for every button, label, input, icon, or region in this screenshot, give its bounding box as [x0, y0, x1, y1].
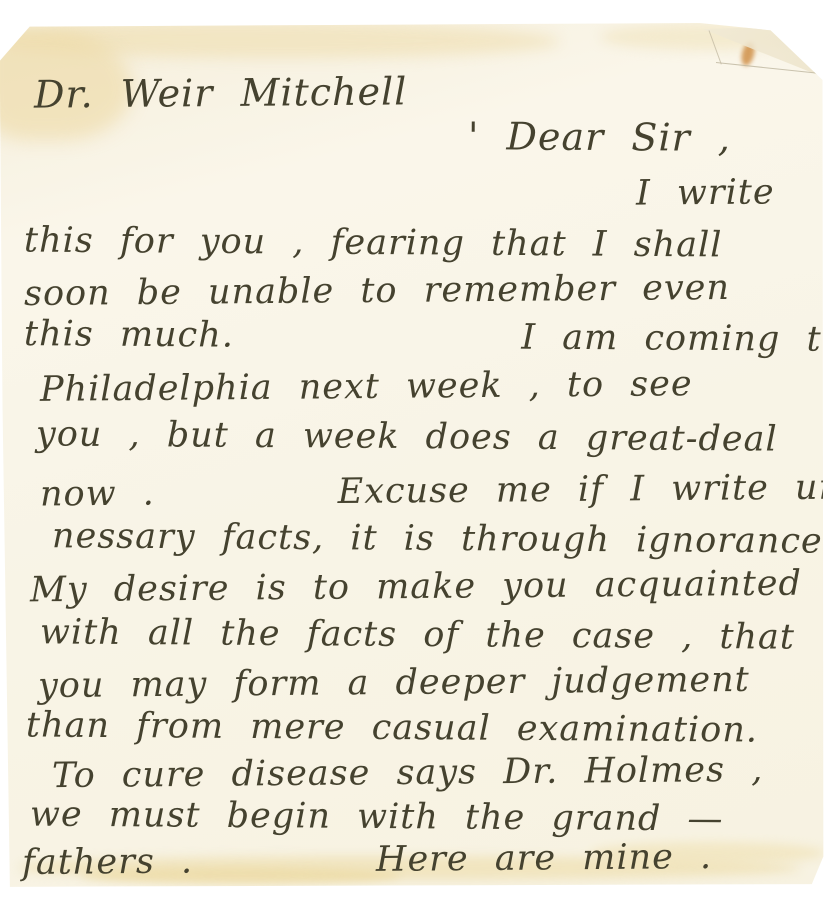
letter-line: I write — [636, 175, 775, 211]
letter-paper: Dr. Weir Mitchell ' Dear Sir , I write t… — [0, 0, 825, 919]
letter-line: nessary facts, it is through ignorance. — [52, 519, 825, 559]
letter-line: we must begin with the grand — — [30, 798, 724, 838]
letter-line: To cure disease says Dr. Holmes , — [52, 753, 764, 794]
letter-line: this for you , fearing that I shall — [24, 224, 723, 264]
letter-line-recipient: Dr. Weir Mitchell — [34, 72, 408, 113]
letter-line: soon be unable to remember even — [24, 271, 730, 312]
letter-line: you , but a week does a great-deal — [36, 417, 778, 457]
letter-line: Philadelphia next week , to see — [40, 367, 693, 408]
letter-line: than from mere casual examination. — [26, 708, 758, 748]
letter-line: you may form a deeper judgement — [38, 663, 750, 704]
stain-top-edge — [0, 22, 560, 58]
letter-line: now . Excuse me if I write un- — [40, 470, 825, 512]
scanned-letter-page: Dr. Weir Mitchell ' Dear Sir , I write t… — [0, 0, 825, 919]
letter-line-salutation: ' Dear Sir , — [468, 117, 731, 157]
letter-line: fathers . Here are mine . — [22, 840, 712, 881]
letter-line: My desire is to make you acquainted — [30, 567, 802, 609]
folded-corner — [703, 25, 823, 77]
letter-line: this much. I am coming to — [24, 317, 825, 358]
letter-line: with all the facts of the case , that — [40, 615, 795, 655]
